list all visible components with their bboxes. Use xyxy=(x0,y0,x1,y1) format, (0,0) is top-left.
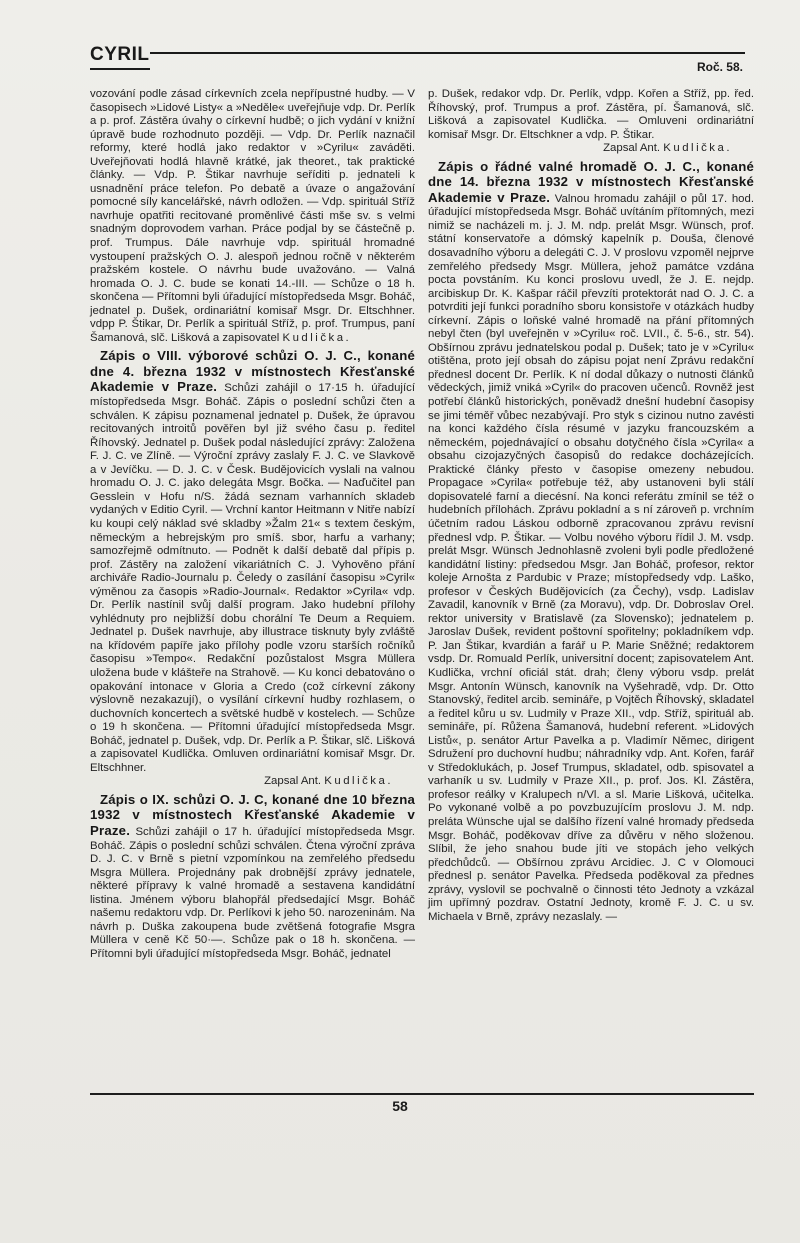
section-viii-body: Schůzi zahájil o 17·15 h. úřadující míst… xyxy=(90,382,415,773)
volume-label: Roč. 58. xyxy=(697,60,743,74)
general-assembly-body: Valnou hromadu zahájil o půl 17. hod. úř… xyxy=(428,193,754,923)
signature-prefix: Zapsal Ant. xyxy=(603,142,660,154)
header-rule xyxy=(150,52,745,54)
left-column: vozování podle zásad církevních zcela ne… xyxy=(90,88,415,961)
footer-rule xyxy=(90,1093,754,1095)
section-ix-meeting: Zápis o IX. schůzi O. J. C, konané dne 1… xyxy=(90,793,415,962)
continuation-paragraph: vozování podle zásad církevních zcela ne… xyxy=(90,88,415,345)
page-header: CYRIL Roč. 58. xyxy=(90,40,745,80)
general-assembly-paragraph: Zápis o řádné valné hromadě O. J. C., ko… xyxy=(428,160,754,925)
right-continuation-text: p. Dušek, redakor vdp. Dr. Perlík, vdpp.… xyxy=(428,88,754,141)
signature-name: Kudlička. xyxy=(663,142,732,154)
journal-page: CYRIL Roč. 58. vozování podle zásad círk… xyxy=(0,0,800,1243)
section-general-assembly: Zápis o řádné valné hromadě O. J. C., ko… xyxy=(428,160,754,925)
section-viii-signature: Zapsal Ant. Kudlička. xyxy=(90,775,415,789)
continuation-text: vozování podle zásad církevních zcela ne… xyxy=(90,88,415,344)
section-ix-body: Schůzi zahájil o 17 h. úřadující místopř… xyxy=(90,826,415,960)
continuation-signature: Kudlička. xyxy=(282,332,351,344)
signature-name: Kudlička. xyxy=(324,775,393,787)
journal-title: CYRIL xyxy=(90,44,150,70)
right-column: p. Dušek, redakor vdp. Dr. Perlík, vdpp.… xyxy=(428,88,754,924)
right-continuation-signature: Zapsal Ant. Kudlička. xyxy=(428,142,754,156)
right-continuation-paragraph: p. Dušek, redakor vdp. Dr. Perlík, vdpp.… xyxy=(428,88,754,142)
signature-prefix: Zapsal Ant. xyxy=(264,775,321,787)
section-viii-meeting: Zápis o VIII. výborové schůzi O. J. C., … xyxy=(90,349,415,789)
section-ix-paragraph: Zápis o IX. schůzi O. J. C, konané dne 1… xyxy=(90,793,415,962)
section-viii-paragraph: Zápis o VIII. výborové schůzi O. J. C., … xyxy=(90,349,415,775)
page-number: 58 xyxy=(0,1098,800,1114)
